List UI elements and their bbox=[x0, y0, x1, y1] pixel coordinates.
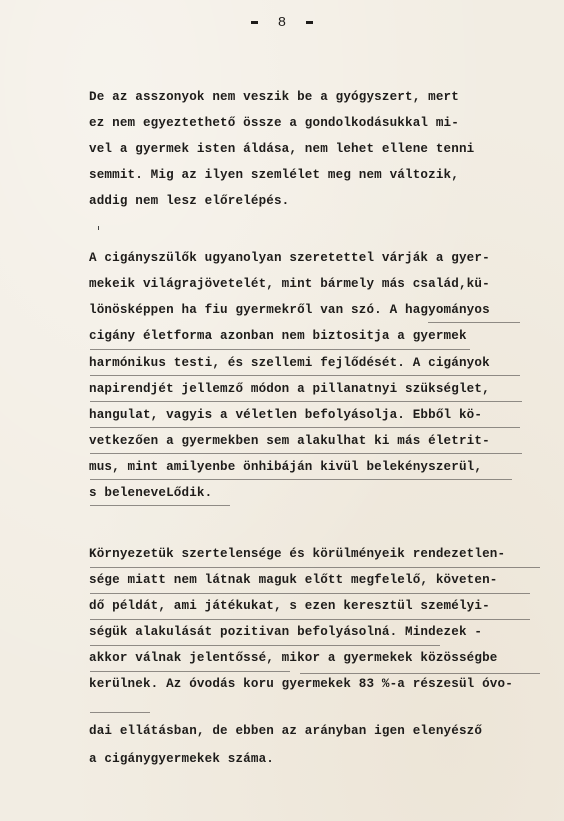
pencil-underline bbox=[90, 619, 530, 620]
pencil-underline bbox=[428, 322, 520, 323]
document-page: 8 De az asszonyok nem veszik be a gyógys… bbox=[0, 0, 564, 821]
text-line: vel a gyermek isten áldása, nem lehet el… bbox=[89, 142, 474, 156]
text-line: dő példát, ami játékukat, s ezen kereszt… bbox=[89, 599, 490, 613]
text-line: harmónikus testi, és szellemi fejlődését… bbox=[89, 356, 490, 370]
pencil-underline bbox=[90, 567, 540, 568]
text-line: hangulat, vagyis a véletlen befolyásolja… bbox=[89, 408, 482, 422]
text-line: s beleneveLődik. bbox=[89, 486, 212, 500]
text-line: a cigánygyermekek száma. bbox=[89, 752, 274, 766]
text-line: dai ellátásban, de ebben az arányban ige… bbox=[89, 724, 482, 738]
pencil-underline bbox=[90, 505, 230, 506]
dash-right bbox=[306, 21, 313, 24]
text-line: addig nem lesz előrelépés. bbox=[89, 194, 289, 208]
pencil-underline bbox=[300, 673, 540, 674]
pencil-underline bbox=[90, 401, 522, 402]
dash-left bbox=[251, 21, 258, 24]
page-number: 8 bbox=[278, 15, 286, 31]
page-header: 8 bbox=[0, 15, 564, 31]
pencil-underline bbox=[90, 712, 150, 713]
pencil-underline bbox=[90, 645, 440, 646]
text-line: kerülnek. Az óvodás koru gyermekek 83 %-… bbox=[89, 677, 513, 691]
text-line: Környezetük szertelensége és körülményei… bbox=[89, 547, 505, 561]
pencil-mark bbox=[98, 226, 99, 230]
pencil-underline bbox=[90, 453, 522, 454]
pencil-underline bbox=[90, 349, 470, 350]
text-line: napirendjét jellemző módon a pillanatnyi… bbox=[89, 382, 490, 396]
pencil-underline bbox=[90, 427, 520, 428]
text-line: ez nem egyeztethető össze a gondolkodásu… bbox=[89, 116, 459, 130]
text-line: mus, mint amilyenbe önhibáján kivül bele… bbox=[89, 460, 482, 474]
text-line: vetkezően a gyermekben sem alakulhat ki … bbox=[89, 434, 490, 448]
text-line: sége miatt nem látnak maguk előtt megfel… bbox=[89, 573, 498, 587]
text-line: A cigányszülők ugyanolyan szeretettel vá… bbox=[89, 251, 490, 265]
pencil-underline bbox=[90, 671, 290, 672]
text-line: lönösképpen ha fiu gyermekről van szó. A… bbox=[89, 303, 490, 317]
pencil-underline bbox=[90, 593, 530, 594]
pencil-underline bbox=[90, 375, 520, 376]
text-line: akkor válnak jelentőssé, mikor a gyermek… bbox=[89, 651, 498, 665]
text-line: ségük alakulását pozitivan befolyásolná.… bbox=[89, 625, 482, 639]
text-line: mekeik világrajövetelét, mint bármely má… bbox=[89, 277, 490, 291]
text-line: cigány életforma azonban nem biztositja … bbox=[89, 329, 467, 343]
pencil-underline bbox=[90, 479, 512, 480]
text-line: De az asszonyok nem veszik be a gyógysze… bbox=[89, 90, 459, 104]
text-line: semmit. Mig az ilyen szemlélet meg nem v… bbox=[89, 168, 459, 182]
